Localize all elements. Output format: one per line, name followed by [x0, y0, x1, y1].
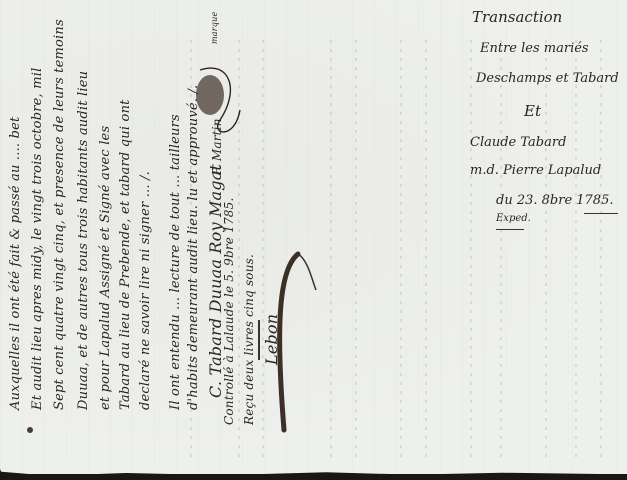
docket-line: Deschamps et Tabard: [476, 72, 619, 85]
body-line: Il ont entendu ... lecture de tout ... t…: [168, 114, 183, 410]
signature-underline: [258, 320, 260, 360]
underline: [496, 229, 524, 230]
signature-paraph-stroke: [270, 250, 320, 440]
docket-line: Et: [524, 104, 541, 119]
docket-line: m.d. Pierre Lapalud: [470, 164, 601, 177]
docket-title: Transaction: [472, 10, 562, 25]
docket-line: Claude Tabard: [470, 136, 566, 149]
signature-flourish-mark: [180, 40, 250, 150]
ink-spot: [27, 427, 33, 433]
body-line: Duuaa, et de autres tous trois habitants…: [76, 71, 91, 410]
body-line: Tabard au lieu de Prebende, et tabard qu…: [118, 99, 133, 410]
docket-line: Entre les mariés: [480, 42, 589, 55]
body-line: et pour Lapalud Assigné et Signé avec le…: [98, 126, 113, 410]
docket-exped: Exped.: [496, 214, 531, 224]
body-line: Auxquelles il ont été fait & passé au ..…: [8, 117, 23, 410]
body-line: Sept cent quatre vingt cinq, et presence…: [52, 19, 67, 410]
body-line: declaré ne savoir lire ni signer ... /.: [138, 171, 153, 410]
docket-date: du 23. 8bre 1785.: [496, 194, 613, 207]
body-line: Et audit lieu apres midy, le vingt trois…: [30, 68, 45, 410]
underline: [584, 213, 618, 214]
